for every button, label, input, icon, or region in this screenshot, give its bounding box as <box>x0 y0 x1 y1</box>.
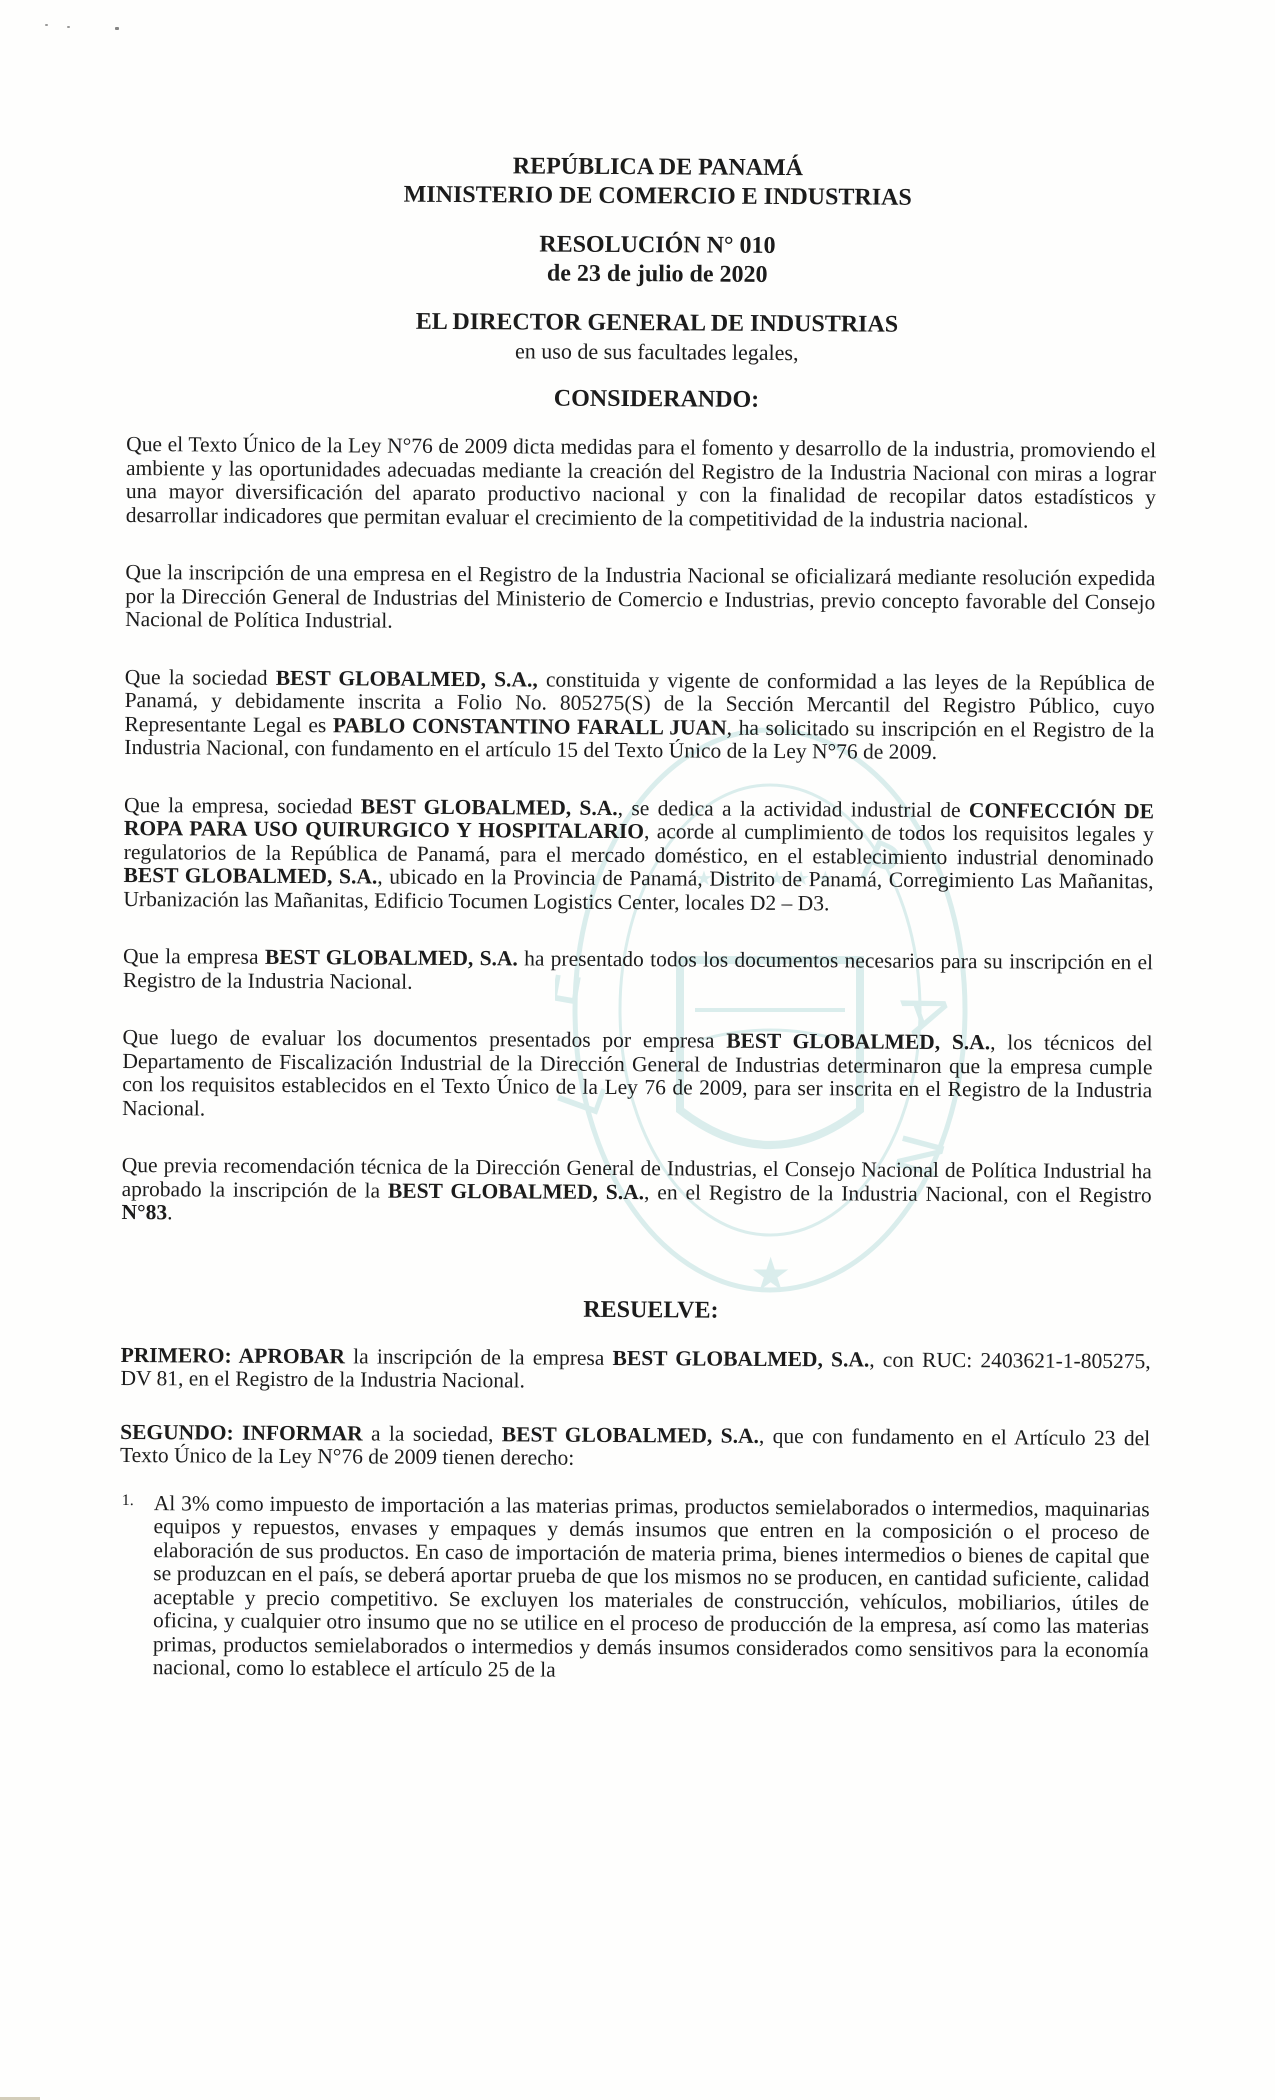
ministry-heading: MINISTERIO DE COMERCIO E INDUSTRIAS <box>158 179 1158 214</box>
considering-paragraph: Que la empresa, sociedad BEST GLOBALMED,… <box>123 793 1154 917</box>
bold-emphasis: BEST GLOBALMED, S.A., <box>276 665 538 691</box>
bold-emphasis: PABLO CONSTANTINO FARALL JUAN <box>333 713 727 739</box>
resolution-articles: PRIMERO: APROBAR la inscripción de la em… <box>120 1343 1151 1473</box>
bold-emphasis: SEGUNDO: INFORMAR <box>120 1419 363 1444</box>
considering-paragraph: Que la inscripción de una empresa en el … <box>125 561 1155 638</box>
considering-paragraph: Que el Texto Único de la Ley N°76 de 200… <box>126 433 1157 533</box>
considering-paragraph: Que previa recomendación técnica de la D… <box>121 1154 1151 1231</box>
bold-emphasis: N°83 <box>121 1200 167 1224</box>
bold-emphasis: BEST GLOBALMED, S.A. <box>123 863 377 889</box>
considerations-section: Que el Texto Único de la Ley N°76 de 200… <box>121 433 1156 1231</box>
authority-subheading: en uso de sus facultades legales, <box>157 335 1157 368</box>
resolution-article: PRIMERO: APROBAR la inscripción de la em… <box>120 1343 1150 1396</box>
document-page: ★ ★ ★ ★ ★ ★ P A N L E ★ REPÚBLICA DE PAN… <box>0 0 1275 2100</box>
list-number: 1. <box>122 1491 134 1509</box>
bold-emphasis: BEST GLOBALMED, S.A. <box>388 1178 644 1204</box>
list-item: 1.Al 3% como impuesto de importación a l… <box>119 1491 1150 1685</box>
considering-paragraph: Que la sociedad BEST GLOBALMED, S.A., co… <box>124 665 1155 765</box>
considering-paragraph: Que la empresa BEST GLOBALMED, S.A. ha p… <box>123 945 1153 998</box>
list-item-text: Al 3% como impuesto de importación a las… <box>153 1492 1150 1686</box>
bold-emphasis: BEST GLOBALMED, S.A. <box>726 1029 990 1055</box>
bold-emphasis: BEST GLOBALMED, S.A. <box>361 794 618 820</box>
bold-emphasis: BEST GLOBALMED, S.A. <box>613 1345 870 1371</box>
considering-paragraph: Que luego de evaluar los documentos pres… <box>122 1026 1153 1126</box>
considerando-heading: CONSIDERANDO: <box>156 382 1156 417</box>
bold-emphasis: BEST GLOBALMED, S.A. <box>502 1422 759 1448</box>
resuelve-heading: RESUELVE: <box>151 1293 1151 1328</box>
resolution-date: de 23 de julio de 2020 <box>157 257 1157 292</box>
bold-emphasis: PRIMERO: APROBAR <box>121 1342 346 1367</box>
document-body: REPÚBLICA DE PANAMÁ MINISTERIO DE COMERC… <box>119 150 1158 1686</box>
bold-emphasis: BEST GLOBALMED, S.A. <box>265 945 518 971</box>
resolution-article: SEGUNDO: INFORMAR a la sociedad, BEST GL… <box>120 1420 1150 1473</box>
rights-list: 1.Al 3% como impuesto de importación a l… <box>119 1491 1150 1685</box>
